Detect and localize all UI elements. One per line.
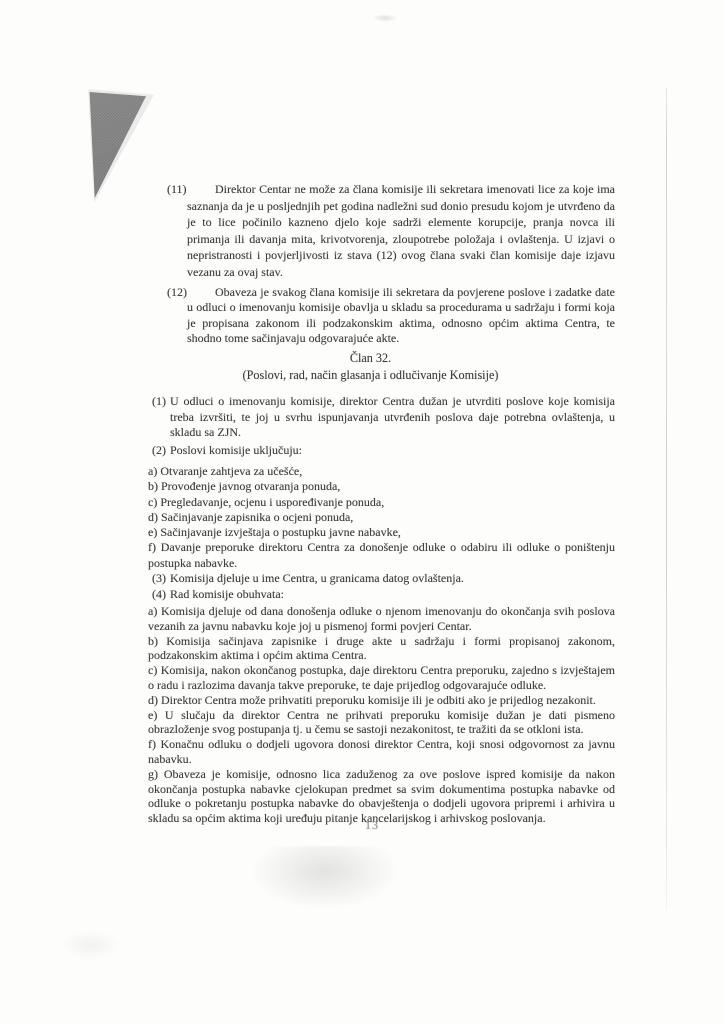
article-number: Član 32. [137,350,604,367]
article-subtitle: (Poslovi, rad, način glasanja i odlučiva… [137,367,604,384]
clause-1: (1) U odluci o imenovanju komisije, dire… [148,394,615,441]
clause-2-text: Poslovi komisije uključuju: [170,443,302,457]
list-item: c) Pregledavanje, ocjenu i uspoređivanje… [148,495,615,510]
section-clauses-1-2: (1) U odluci o imenovanju komisije, dire… [148,394,615,458]
clause-4: (4) Rad komisije obuhvata: [148,587,615,603]
clause-3: (3) Komisija djeluje u ime Centra, u gra… [148,571,615,587]
clause-1-marker: (1) [152,394,166,410]
list-item: e) U slučaju da direktor Centra ne prihv… [148,708,615,738]
list-item: d) Direktor Centra može prihvatiti prepo… [148,693,615,708]
scan-speck [372,14,398,22]
list-item: a) Komisija djeluje od dana donošenja od… [148,604,615,634]
list-work-a-g: a) Komisija djeluje od dana donošenja od… [148,604,615,826]
list-item: a) Otvaranje zahtjeva za učešće, [148,464,615,479]
scan-artifact-triangle [89,92,146,198]
list-item: f) Konačnu odluku o dodjeli ugovora dono… [148,737,615,767]
list-item: b) Komisija sačinjava zapisnike i druge … [148,634,615,664]
scan-artifact-vertical-line [666,88,667,910]
section-clauses-3-4: (3) Komisija djeluje u ime Centra, u gra… [148,571,615,602]
paragraph-12: (12) Obaveza je svakog člana komisije il… [148,285,615,347]
list-item: c) Komisija, nakon okončanog postupka, d… [148,663,615,693]
list-duties-a-f: a) Otvaranje zahtjeva za učešće, b) Prov… [148,464,615,571]
clause-2-marker: (2) [152,443,166,459]
article-heading: Član 32. (Poslovi, rad, način glasanja i… [148,350,615,383]
list-item: e) Sačinjavanje izvještaja o postupku ja… [148,525,615,540]
clause-2: (2) Poslovi komisije uključuju: [148,443,615,459]
scanned-page: (11) Direktor Centar ne može za člana ko… [0,0,724,1024]
list-item: d) Sačinjavanje zapisnika o ocjeni ponud… [148,510,615,525]
clause-3-text: Komisija djeluje u ime Centra, u granica… [170,571,464,585]
paragraph-11: (11) Direktor Centar ne može za člana ko… [148,181,615,281]
clause-1-text: U odluci o imenovanju komisije, direktor… [170,394,615,439]
clause-4-text: Rad komisije obuhvata: [170,587,284,601]
scan-speck [60,930,120,960]
page-number: 13 [0,818,724,833]
list-item: f) Davanje preporuke direktoru Centra za… [148,540,615,571]
list-item: b) Provođenje javnog otvaranja ponuda, [148,479,615,494]
paragraph-11-text: Direktor Centar ne može za člana komisij… [187,182,615,279]
section-items-11-12: (11) Direktor Centar ne može za člana ko… [148,181,615,347]
clause-4-marker: (4) [152,587,166,603]
scan-smudge-bottom [250,846,400,910]
paragraph-11-marker: (11) [167,181,187,198]
clause-3-marker: (3) [152,571,166,587]
paragraph-12-marker: (12) [167,285,187,301]
paragraph-12-text: Obaveza je svakog člana komisije ili sek… [187,285,615,346]
